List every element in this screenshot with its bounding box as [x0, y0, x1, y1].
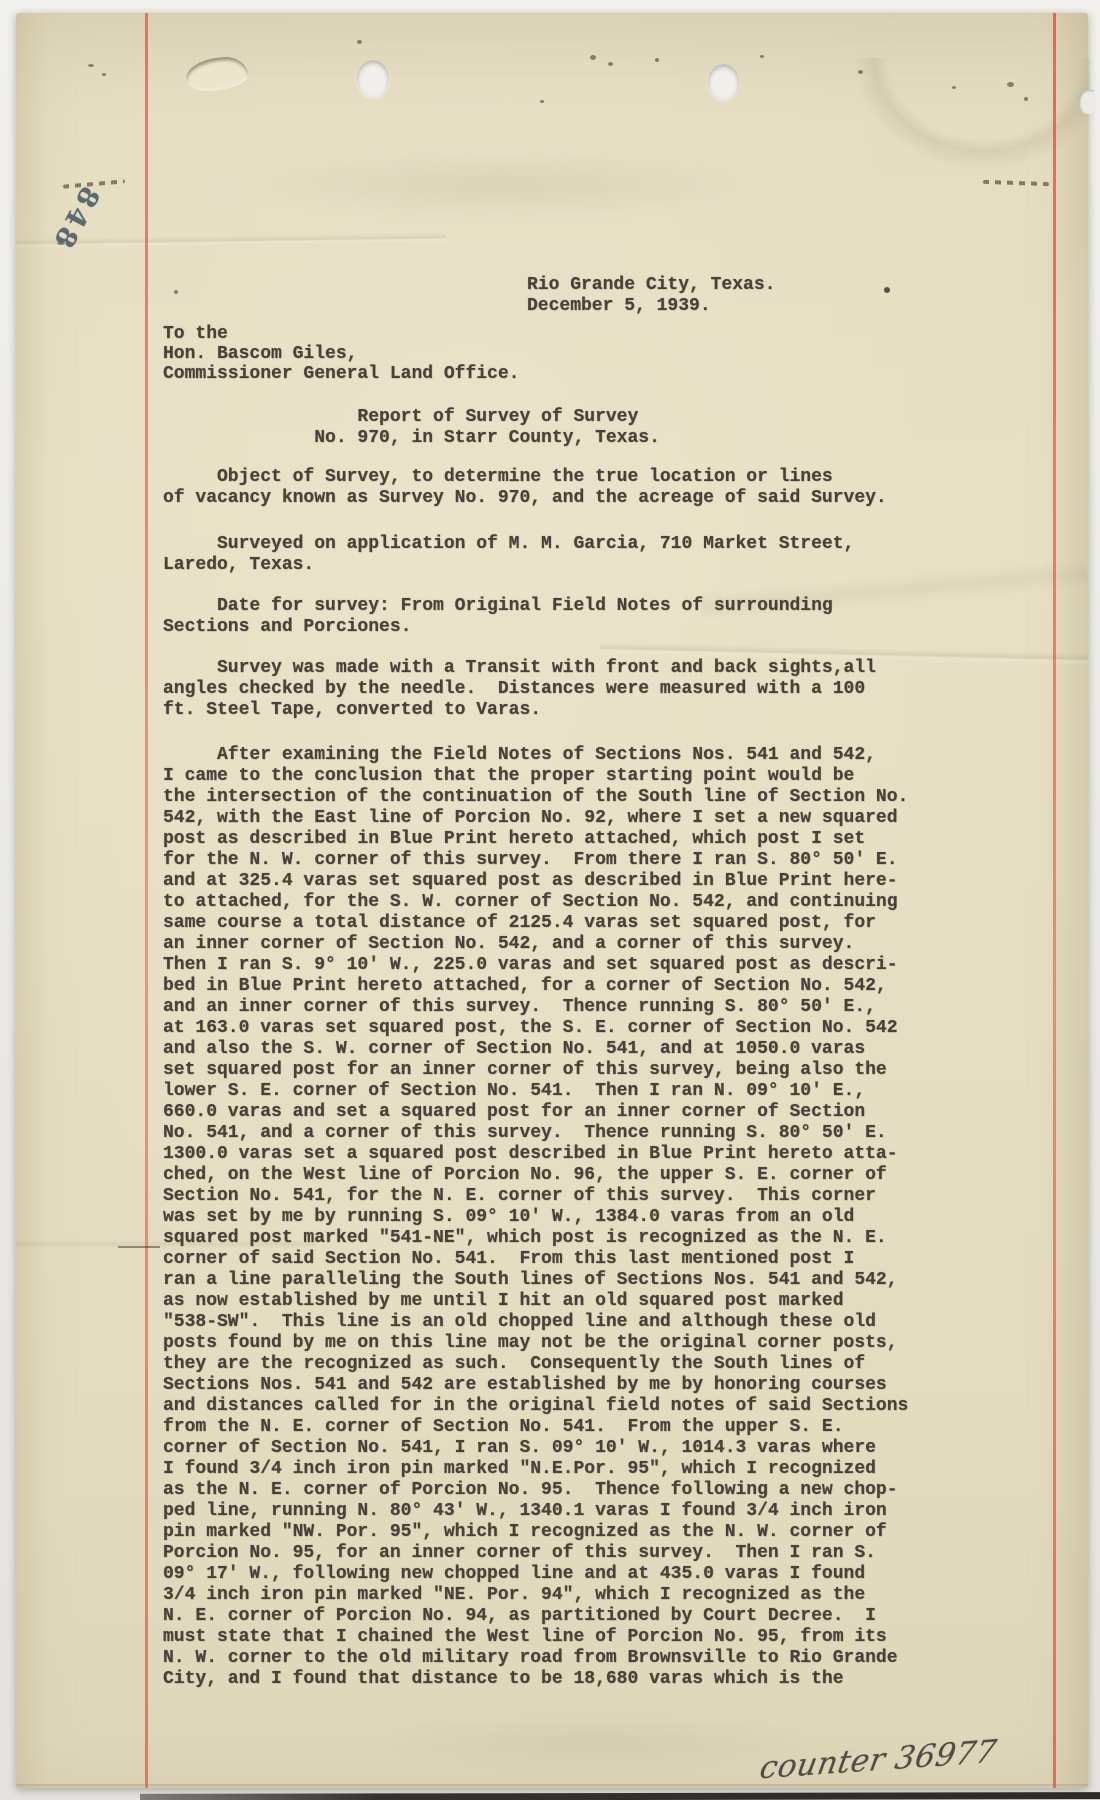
paragraph-method: Survey was made with a Transit with fron… [163, 658, 876, 721]
scan-edge-shadow [140, 1792, 1100, 1800]
punch-hole [708, 64, 739, 100]
addressee-block: To the Hon. Bascom Giles, Commissioner G… [163, 324, 519, 384]
paragraph-object: Object of Survey, to determine the true … [163, 467, 887, 509]
margin-rule-right [1053, 13, 1056, 1788]
report-title: Report of Survey of Survey No. 970, in S… [163, 407, 660, 449]
margin-rule-left [145, 13, 148, 1788]
dateline: Rio Grande City, Texas. December 5, 1939… [527, 275, 775, 317]
pencil-mark [118, 1246, 160, 1248]
scanned-document: { "document": { "dateline": { "lines": [… [0, 0, 1100, 1800]
punch-hole [357, 60, 389, 98]
paragraph-survey-body: After examining the Field Notes of Secti… [163, 745, 908, 1690]
paper-edge-notch [1078, 90, 1094, 114]
paper-bottom-shadow [16, 1784, 1088, 1788]
paragraph-date: Date for survey: From Original Field Not… [163, 596, 833, 638]
paragraph-application: Surveyed on application of M. M. Garcia,… [163, 534, 854, 576]
